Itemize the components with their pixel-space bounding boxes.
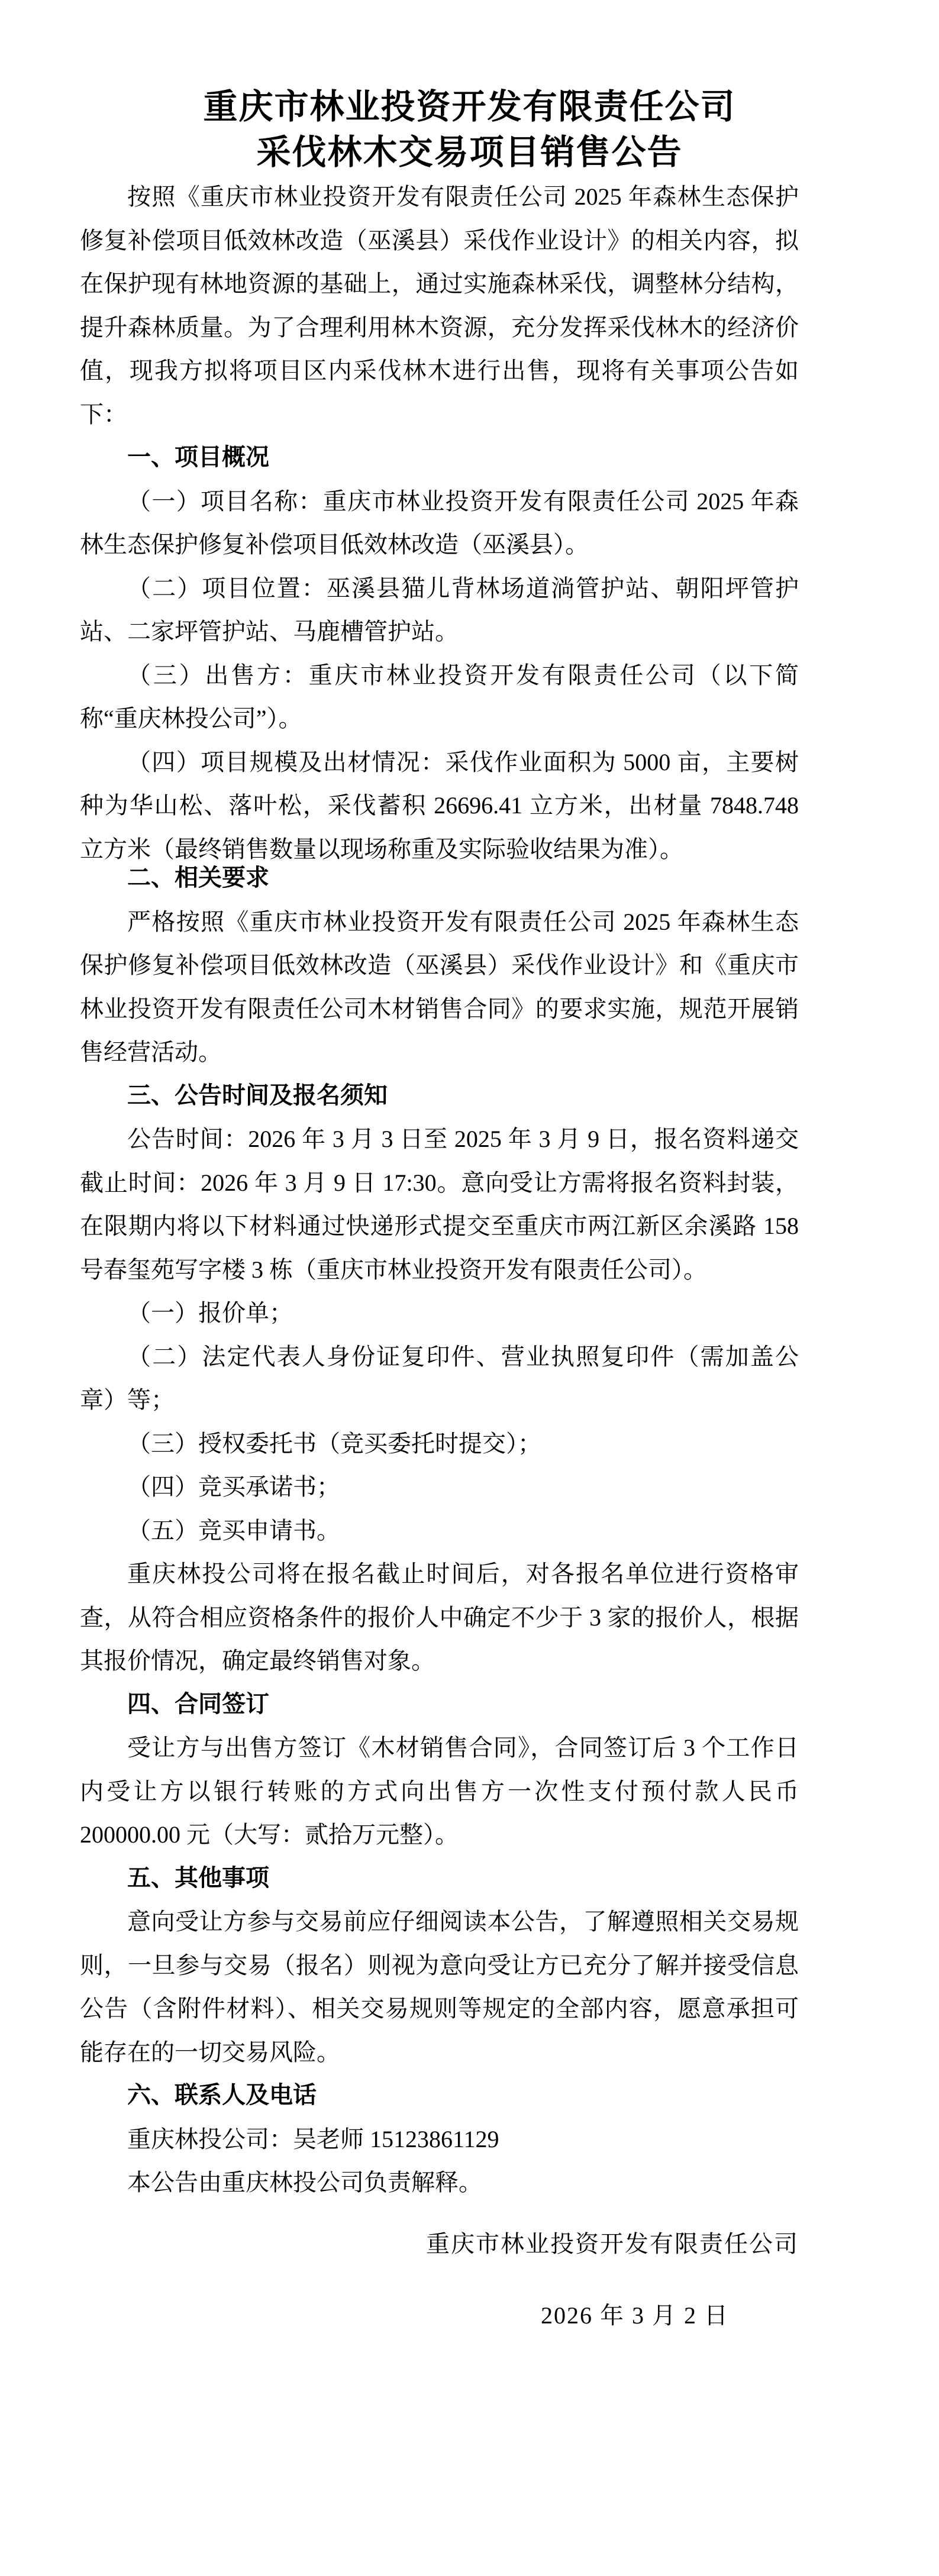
section6-contact-line: 重庆林投公司：吴老师 15123861129 [80,2118,799,2161]
section3-heading: 三、公告时间及报名须知 [80,1074,799,1118]
section5-heading: 五、其他事项 [80,1857,799,1901]
signature-date: 2026 年 3 月 2 日 [80,2294,799,2338]
section1-item-project-location: （二）项目位置：巫溪县猫儿背林场道淌管护站、朝阳坪管护站、二家坪管护站、马鹿槽管… [80,567,799,654]
section1-item-project-scale: （四）项目规模及出材情况：采伐作业面积为 5000 亩，主要树种为华山松、落叶松… [80,741,799,871]
document-title: 重庆市林业投资开发有限责任公司 采伐林木交易项目销售公告 [0,0,939,175]
section1-item-seller: （三）出售方：重庆市林业投资开发有限责任公司（以下简称“重庆林投公司”）。 [80,654,799,741]
document-title-line1: 重庆市林业投资开发有限责任公司 [0,84,939,130]
section5-paragraph: 意向受让方参与交易前应仔细阅读本公告，了解遵照相关交易规则，一旦参与交易（报名）… [80,1900,799,2074]
section3-list-item-authorization: （三）授权委托书（竞买委托时提交）； [80,1422,799,1466]
section2-paragraph: 严格按照《重庆市林业投资开发有限责任公司 2025 年森林生态保护修复补偿项目低… [80,900,799,1074]
section3-list-item-certificates: （二）法定代表人身份证复印件、营业执照复印件（需加盖公章）等； [80,1335,799,1422]
section1-item-project-name: （一）项目名称：重庆市林业投资开发有限责任公司 2025 年森林生态保护修复补偿… [80,480,799,567]
signature-company: 重庆市林业投资开发有限责任公司 [80,2222,799,2266]
section6-heading: 六、联系人及电话 [80,2074,799,2118]
intro-paragraph: 按照《重庆市林业投资开发有限责任公司 2025 年森林生态保护修复补偿项目低效林… [80,175,799,436]
section4-heading: 四、合同签订 [80,1683,799,1727]
section3-list-item-quotation: （一）报价单； [80,1291,799,1335]
document-title-line2: 采伐林木交易项目销售公告 [0,130,939,175]
signature-block: 重庆市林业投资开发有限责任公司 2026 年 3 月 2 日 [80,2222,799,2338]
section4-paragraph: 受让方与出售方签订《木材销售合同》，合同签订后 3 个工作日内受让方以银行转账的… [80,1726,799,1857]
section1-heading: 一、项目概况 [80,436,799,480]
section3-paragraph-review: 重庆林投公司将在报名截止时间后，对各报名单位进行资格审查，从符合相应资格条件的报… [80,1552,799,1683]
document-body: 按照《重庆市林业投资开发有限责任公司 2025 年森林生态保护修复补偿项目低效林… [80,175,799,2205]
section6-note-line: 本公告由重庆林投公司负责解释。 [80,2161,799,2205]
section3-list-item-commitment: （四）竞买承诺书； [80,1465,799,1509]
section3-paragraph-time: 公告时间：2026 年 3 月 3 日至 2025 年 3 月 9 日，报名资料… [80,1117,799,1291]
announcement-document: 重庆市林业投资开发有限责任公司 采伐林木交易项目销售公告 按照《重庆市林业投资开… [0,0,939,2576]
section3-list-item-application: （五）竞买申请书。 [80,1509,799,1553]
